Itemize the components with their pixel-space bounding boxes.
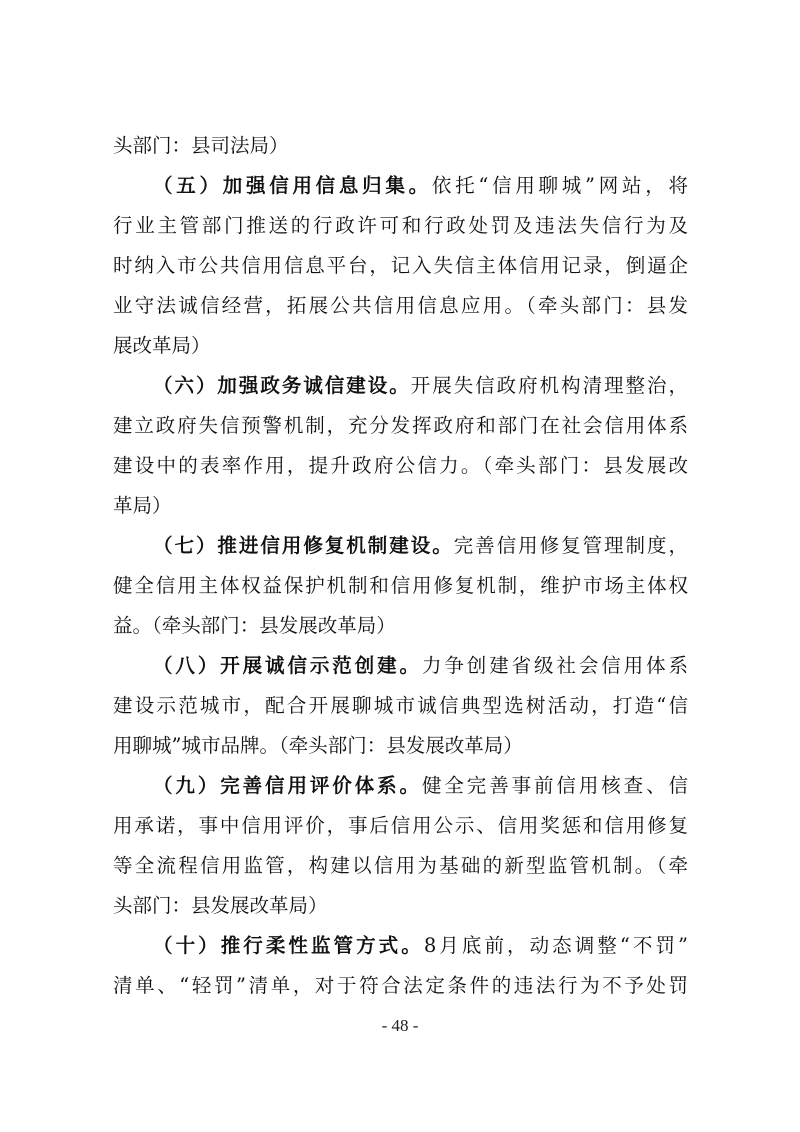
section-nine-heading-line: （九）完善信用评价体系。健全完善事前信用核查、信 [113, 766, 688, 806]
line-text: 头部门：县发展改革局） [113, 894, 328, 917]
line-text: 等全流程信用监管，构建以信用为基础的新型监管机制。（牵 [113, 854, 688, 877]
section-seven-heading-line: （七）推进信用修复机制建设。完善信用修复管理制度， [113, 526, 688, 566]
line-text: 革局） [113, 494, 172, 517]
line-text: 业守法诚信经营，拓展公共信用信息应用。（牵头部门：县发 [113, 294, 688, 317]
line-text: 开展失信政府机构清理整治， [411, 374, 688, 397]
text-line: 头部门：县司法局） [113, 126, 688, 166]
line-text: 健全完善事前信用核查、信 [422, 774, 688, 797]
section-heading: （七）推进信用修复机制建设。 [153, 534, 454, 557]
text-line: 建设中的表率作用，提升政府公信力。（牵头部门：县发展改 [113, 446, 688, 486]
section-ten-heading-line: （十）推行柔性监管方式。8月底前，动态调整“不罚” [113, 926, 688, 966]
text-line: 革局） [113, 486, 688, 526]
text-line: 健全信用主体权益保护机制和信用修复机制，维护市场主体权 [113, 566, 688, 606]
section-heading: （八）开展诚信示范创建。 [153, 654, 422, 677]
text-line: 时纳入市公共信用信息平台，记入失信主体信用记录，倒逼企 [113, 246, 688, 286]
line-text: 益。（牵头部门：县发展改革局） [113, 614, 396, 637]
line-text: 展改革局） [113, 334, 211, 357]
section-heading: （十）推行柔性监管方式。 [153, 934, 424, 957]
section-heading: （五）加强信用信息归集。 [153, 174, 432, 197]
line-text: 建设示范城市，配合开展聊城市诚信典型选树活动，打造“信 [113, 694, 688, 717]
line-text: 完善信用修复管理制度， [454, 534, 688, 557]
line-text: 依托“信用聊城”网站，将 [432, 174, 688, 197]
section-six-heading-line: （六）加强政务诚信建设。开展失信政府机构清理整治， [113, 366, 688, 406]
line-text: 建立政府失信预警机制，充分发挥政府和部门在社会信用体系 [113, 414, 688, 437]
line-text: 清单、“轻罚”清单，对于符合法定条件的违法行为不予处罚 [113, 974, 688, 997]
section-eight-heading-line: （八）开展诚信示范创建。力争创建省级社会信用体系 [113, 646, 688, 686]
section-five-heading-line: （五）加强信用信息归集。依托“信用聊城”网站，将 [113, 166, 688, 206]
text-line: 清单、“轻罚”清单，对于符合法定条件的违法行为不予处罚 [113, 966, 688, 1006]
text-line: 业守法诚信经营，拓展公共信用信息应用。（牵头部门：县发 [113, 286, 688, 326]
document-page: 头部门：县司法局） （五）加强信用信息归集。依托“信用聊城”网站，将 行业主管部… [0, 0, 800, 1132]
line-text: 用聊城”城市品牌。（牵头部门：县发展改革局） [113, 734, 523, 757]
line-text: 时纳入市公共信用信息平台，记入失信主体信用记录，倒逼企 [113, 254, 688, 277]
line-text: 8月底前，动态调整“不罚” [424, 934, 688, 957]
text-line: 头部门：县发展改革局） [113, 886, 688, 926]
line-text: 头部门：县司法局） [113, 134, 289, 157]
text-line: 行业主管部门推送的行政许可和行政处罚及违法失信行为及 [113, 206, 688, 246]
page-number: - 48 - [0, 1014, 800, 1038]
line-text: 建设中的表率作用，提升政府公信力。（牵头部门：县发展改 [113, 454, 688, 477]
text-line: 用聊城”城市品牌。（牵头部门：县发展改革局） [113, 726, 688, 766]
text-line: 益。（牵头部门：县发展改革局） [113, 606, 688, 646]
line-text: 用承诺，事中信用评价，事后信用公示、信用奖惩和信用修复 [113, 814, 688, 837]
line-text: 行业主管部门推送的行政许可和行政处罚及违法失信行为及 [113, 214, 688, 237]
line-text: 健全信用主体权益保护机制和信用修复机制，维护市场主体权 [113, 574, 688, 597]
text-line: 建立政府失信预警机制，充分发挥政府和部门在社会信用体系 [113, 406, 688, 446]
text-line: 用承诺，事中信用评价，事后信用公示、信用奖惩和信用修复 [113, 806, 688, 846]
section-heading: （九）完善信用评价体系。 [153, 774, 422, 797]
text-line: 展改革局） [113, 326, 688, 366]
text-line: 等全流程信用监管，构建以信用为基础的新型监管机制。（牵 [113, 846, 688, 886]
line-text: 力争创建省级社会信用体系 [422, 654, 688, 677]
text-line: 建设示范城市，配合开展聊城市诚信典型选树活动，打造“信 [113, 686, 688, 726]
section-heading: （六）加强政务诚信建设。 [153, 374, 411, 397]
